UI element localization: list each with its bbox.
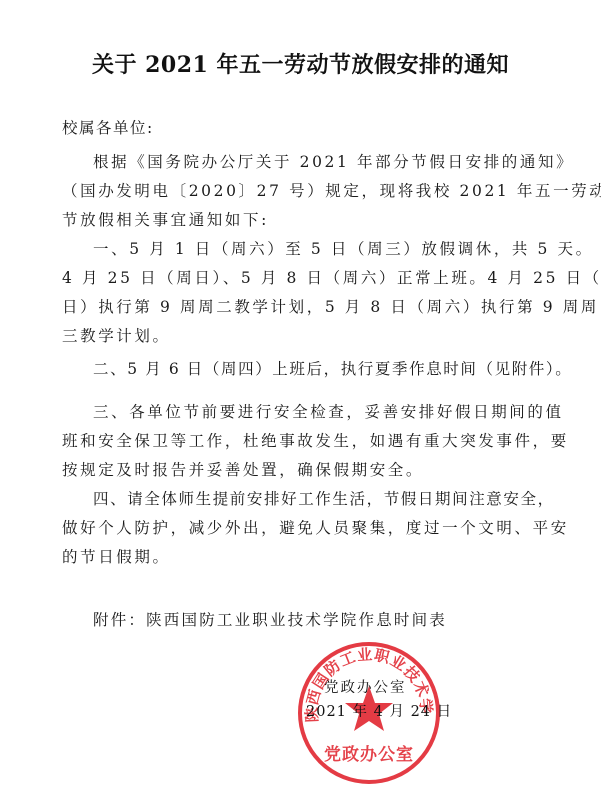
paragraph-line: 做好个人防护，减少外出，避免人员聚集，度过一个文明、平安 bbox=[62, 514, 540, 543]
paragraph-line: 一、5 月 1 日（周六）至 5 日（周三）放假调休，共 5 天。 bbox=[62, 235, 540, 264]
paragraph-line: 三教学计划。 bbox=[62, 322, 540, 351]
paragraph-line: 的节日假期。 bbox=[62, 543, 540, 572]
paragraph-line: 三、各单位节前要进行安全检查，妥善安排好假日期间的值 bbox=[62, 398, 540, 427]
paragraph-intro: 根据《国务院办公厅关于 2021 年部分节假日安排的通知》 （国办发明电〔202… bbox=[62, 148, 540, 235]
paragraph-line: 二、5 月 6 日（周四）上班后，执行夏季作息时间（见附件）。 bbox=[62, 355, 540, 384]
document-title: 关于 2021 年五一劳动节放假安排的通知 bbox=[0, 48, 601, 79]
paragraph-line: （国办发明电〔2020〕27 号）规定，现将我校 2021 年五一劳动 bbox=[62, 177, 540, 206]
paragraph-line: 根据《国务院办公厅关于 2021 年部分节假日安排的通知》 bbox=[62, 148, 540, 177]
attachment-line: 附件：陕西国防工业职业技术学院作息时间表 bbox=[93, 608, 447, 630]
paragraph-item-2: 二、5 月 6 日（周四）上班后，执行夏季作息时间（见附件）。 bbox=[62, 355, 540, 384]
paragraph-line: 日）执行第 9 周周二教学计划，5 月 8 日（周六）执行第 9 周周 bbox=[62, 293, 540, 322]
paragraph-item-3: 三、各单位节前要进行安全检查，妥善安排好假日期间的值 班和安全保卫等工作，杜绝事… bbox=[62, 398, 540, 485]
paragraph-line: 节放假相关事宜通知如下: bbox=[62, 206, 540, 235]
paragraph-line: 4 月 25 日（周日）、5 月 8 日（周六）正常上班。4 月 25 日（周 bbox=[62, 264, 540, 293]
signature-office: 党政办公室 bbox=[324, 676, 407, 697]
signature-date: 2021 年 4 月 24 日 bbox=[306, 700, 452, 721]
svg-text:党政办公室: 党政办公室 bbox=[324, 744, 414, 765]
notice-document: 关于 2021 年五一劳动节放假安排的通知 校属各单位: 根据《国务院办公厅关于… bbox=[0, 0, 601, 811]
salutation: 校属各单位: bbox=[62, 116, 154, 138]
paragraph-item-4: 四、请全体师生提前安排好工作生活，节假日期间注意安全， 做好个人防护，减少外出，… bbox=[62, 485, 540, 572]
paragraph-line: 四、请全体师生提前安排好工作生活，节假日期间注意安全， bbox=[62, 485, 540, 514]
paragraph-line: 按规定及时报告并妥善处置，确保假期安全。 bbox=[62, 456, 540, 485]
paragraph-item-1: 一、5 月 1 日（周六）至 5 日（周三）放假调休，共 5 天。 4 月 25… bbox=[62, 235, 540, 351]
paragraph-line: 班和安全保卫等工作，杜绝事故发生，如遇有重大突发事件，要 bbox=[62, 427, 540, 456]
